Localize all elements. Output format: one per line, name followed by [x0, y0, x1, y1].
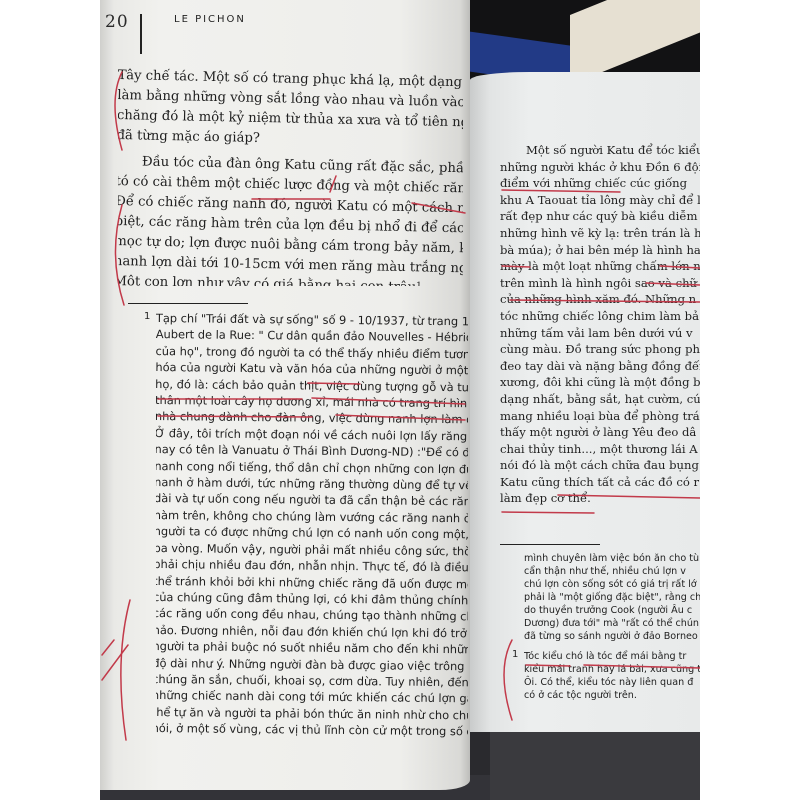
footnote-line: có ở các tộc người trên. [524, 689, 700, 702]
left-page: 20 LE PICHON Tây chế tác. Một số có tran… [100, 0, 470, 790]
footnote-line: chú lợn còn sống sót có giá trị rất lớ [524, 578, 700, 591]
footnote-line: Tóc kiểu chó là tóc để mái bằng tr [524, 650, 700, 663]
body-line: Một số người Katu để tóc kiểu [500, 142, 700, 159]
body-line: trên mình là hình ngôi sao và chữ [500, 275, 700, 292]
book-photo: 20 LE PICHON Tây chế tác. Một số có tran… [100, 0, 700, 800]
footnote-rule [128, 303, 248, 304]
footnote-line: Dương) đưa tới" mà "rất có thể chún [524, 617, 700, 630]
body-line: xương, đôi khi cũng là một đồng b [500, 374, 700, 391]
footnote-line: đã từng so sánh người ở đảo Borneo [524, 630, 700, 643]
body-line: những hình vẽ kỳ lạ: trên trán là hình [500, 225, 700, 242]
body-line: đeo tay dài và nặng bằng đồng đến [500, 358, 700, 375]
header-divider [140, 14, 142, 54]
body-line: dạng nhất, bằng sắt, hạt cườm, cúc [500, 391, 700, 408]
body-line: những tấm vải lam bên dưới vú v [500, 325, 700, 342]
footnote-line: kiểu mái tranh hay lá bài, xưa cũng t [524, 663, 700, 676]
footnote-line: do thuyền trưởng Cook (người Âu c [524, 604, 700, 617]
body-line: rất đẹp như các quý bà kiều diễm [500, 208, 700, 225]
right-body-text: Một số người Katu để tóc kiểu những ngườ… [500, 142, 700, 522]
body-line: khu A Taouat tỉa lông mày chỉ để lại [500, 192, 700, 209]
body-line: mày là một loạt những chấm lớn n [500, 258, 700, 275]
footnote-line: mình chuyên làm việc bón ăn cho tù [524, 552, 700, 565]
body-line: mang nhiều loại bùa để phòng trán [500, 408, 700, 425]
left-body-text: Tây chế tác. Một số có trang phục khá lạ… [118, 66, 463, 286]
footnote-line: cẩn thận như thế, nhiều chú lợn v [524, 565, 700, 578]
footnote-line: nói, ở một số vùng, các vị thủ lĩnh còn … [156, 720, 468, 741]
body-line: thấy một người ở làng Yêu đeo dâ [500, 424, 700, 441]
body-line: của những hình xăm đó. Những n [500, 291, 700, 308]
body-line: Katu cũng thích tất cả các đồ có r [500, 474, 700, 491]
body-line: nói đó là một cách chữa đau bụng [500, 457, 700, 474]
body-line: chai thủy tinh..., một thương lái A [500, 441, 700, 458]
right-page: Một số người Katu để tóc kiểu những ngườ… [470, 72, 700, 732]
footnote-number: 1 [512, 649, 518, 660]
running-head: LE PICHON [174, 14, 246, 25]
footnote-line: Ôi. Có thể, kiểu tóc này liên quan đ [524, 676, 700, 689]
right-footnote: Tóc kiểu chó là tóc để mái bằng tr kiểu … [524, 650, 700, 710]
footnote-rule [500, 544, 600, 545]
body-line: những người khác ở khu Đồn 6 đội [500, 159, 700, 176]
body-line: cùng màu. Đồ trang sức phong ph [500, 341, 700, 358]
left-footnote: Tạp chí "Trái đất và sự sống" số 9 - 10/… [156, 310, 468, 780]
background-floor-right [490, 720, 700, 800]
footnote-number: 1 [144, 311, 150, 322]
body-line: tóc những chiếc lông chim làm bả [500, 308, 700, 325]
body-line: bà múa); ở hai bên mép là hình ha [500, 242, 700, 259]
body-line: làm đẹp cơ thể. [500, 490, 700, 507]
footnote-line: phải là "một giống đặc biệt", rằng ch [524, 591, 700, 604]
page-number: 20 [105, 12, 129, 32]
right-footnote-continued: mình chuyên làm việc bón ăn cho tù cẩn t… [524, 552, 700, 652]
body-line: điểm với những chiếc cúc giống [500, 175, 700, 192]
